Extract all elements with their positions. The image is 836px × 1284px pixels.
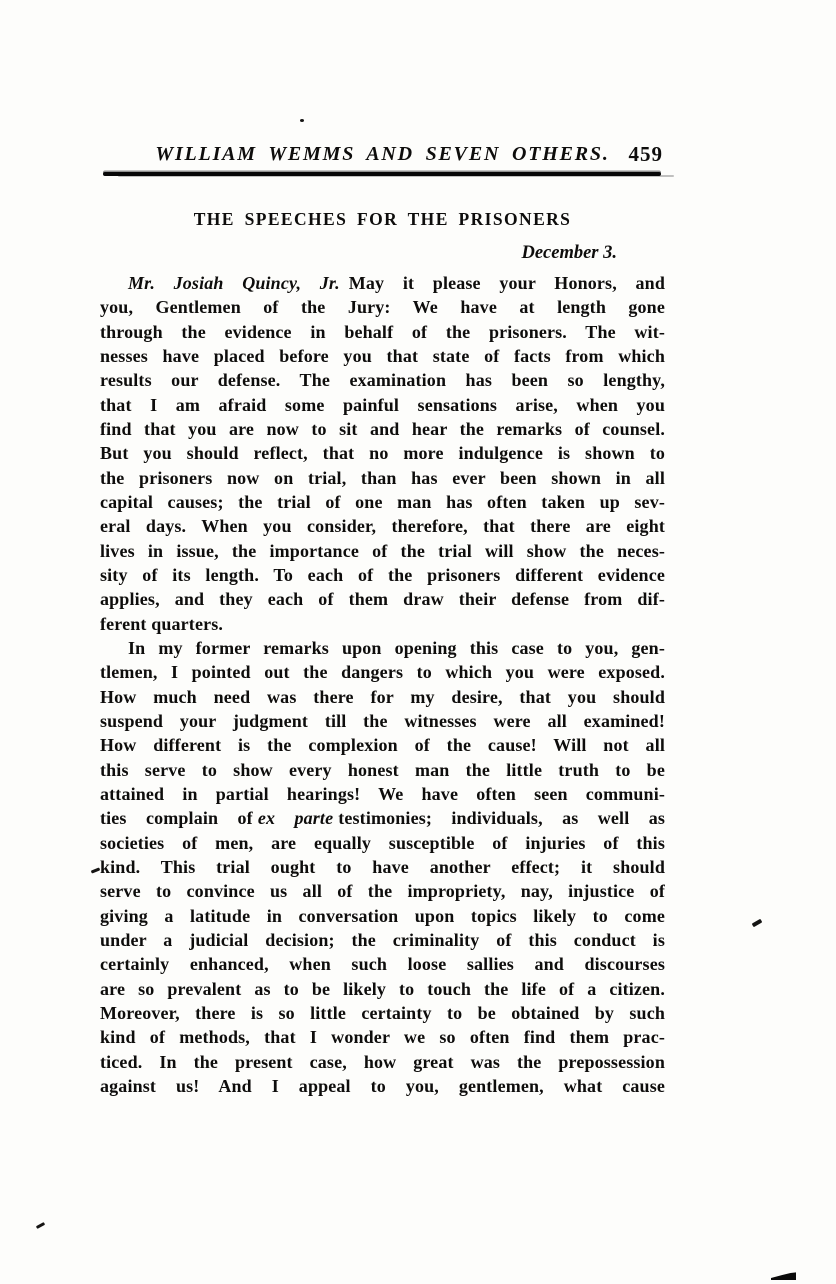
text-line: results our defense. The examination has… [100,368,665,392]
line-text: ties complain of [100,808,253,828]
text-line: that I am afraid some painful sensations… [100,393,665,417]
text-line: societies of men, are equally susceptibl… [100,831,665,855]
dateline: December 3. [100,243,617,264]
running-header: WILLIAM WEMMS AND SEVEN OTHERS. 459 [100,141,665,167]
text-line: How much need was there for my desire, t… [100,685,665,709]
running-header-title: WILLIAM WEMMS AND SEVEN OTHERS. [100,141,665,167]
text-line: attained in partial hearings! We have of… [100,782,665,806]
text-line: find that you are now to sit and hear th… [100,417,665,441]
text-line: this serve to show every honest man the … [100,758,665,782]
scan-speck-top [300,119,304,122]
text-line: against us! And I appeal to you, gentlem… [100,1074,665,1098]
page-number: 459 [629,141,664,167]
text-line: But you should reflect, that no more ind… [100,441,665,465]
text-line: capital causes; the trial of one man has… [100,490,665,514]
line-text: May it please your Honors, and [349,273,665,293]
text-line: lives in issue, the importance of the tr… [100,539,665,563]
text-line: the prisoners now on trial, than has eve… [100,466,665,490]
text-line: Moreover, there is so little certainty t… [100,1001,665,1025]
text-line: kind of methods, that I wonder we so oft… [100,1025,665,1049]
text-line: eral days. When you consider, therefore,… [100,514,665,538]
section-heading: THE SPEECHES FOR THE PRISONERS [100,209,665,230]
scan-speck-right-margin [752,919,763,927]
text-line: applies, and they each of them draw thei… [100,587,665,611]
paragraph: In my former remarks upon opening this c… [100,636,665,1098]
book-page: WILLIAM WEMMS AND SEVEN OTHERS. 459 THE … [0,0,836,1284]
line-text: testimonies; individuals, as well as [338,808,665,828]
text-line: Mr. Josiah Quincy, Jr.May it please your… [100,271,665,295]
text-line: certainly enhanced, when such loose sall… [100,952,665,976]
text-line: are so prevalent as to be likely to touc… [100,977,665,1001]
speaker-name: Mr. Josiah Quincy, Jr. [128,273,340,293]
text-line: In my former remarks upon opening this c… [100,636,665,660]
text-line: ferent quarters. [100,612,665,636]
text-line: serve to convince us all of the impropri… [100,879,665,903]
text-line: ticed. In the present case, how great wa… [100,1050,665,1074]
scan-speck-bottom-left [36,1222,45,1229]
paragraph: Mr. Josiah Quincy, Jr.May it please your… [100,271,665,636]
text-line: kind. This trial ought to have another e… [100,855,665,879]
text-line: suspend your judgment till the witnesses… [100,709,665,733]
text-line: ties complain ofex partetestimonies; ind… [100,806,665,830]
text-line: nesses have placed before you that state… [100,344,665,368]
text-line: under a judicial decision; the criminali… [100,928,665,952]
scan-speck-left-margin [91,867,100,873]
text-line: sity of its length. To each of the priso… [100,563,665,587]
text-line: How different is the complexion of the c… [100,733,665,757]
text-line: giving a latitude in conversation upon t… [100,904,665,928]
body-text: Mr. Josiah Quincy, Jr.May it please your… [100,271,665,1098]
header-rule [103,172,661,176]
scan-smudge-bottom-right [771,1271,796,1280]
latin-phrase: ex parte [258,808,333,828]
text-line: you, Gentlemen of the Jury: We have at l… [100,295,665,319]
text-line: through the evidence in behalf of the pr… [100,320,665,344]
text-line: tlemen, I pointed out the dangers to whi… [100,660,665,684]
